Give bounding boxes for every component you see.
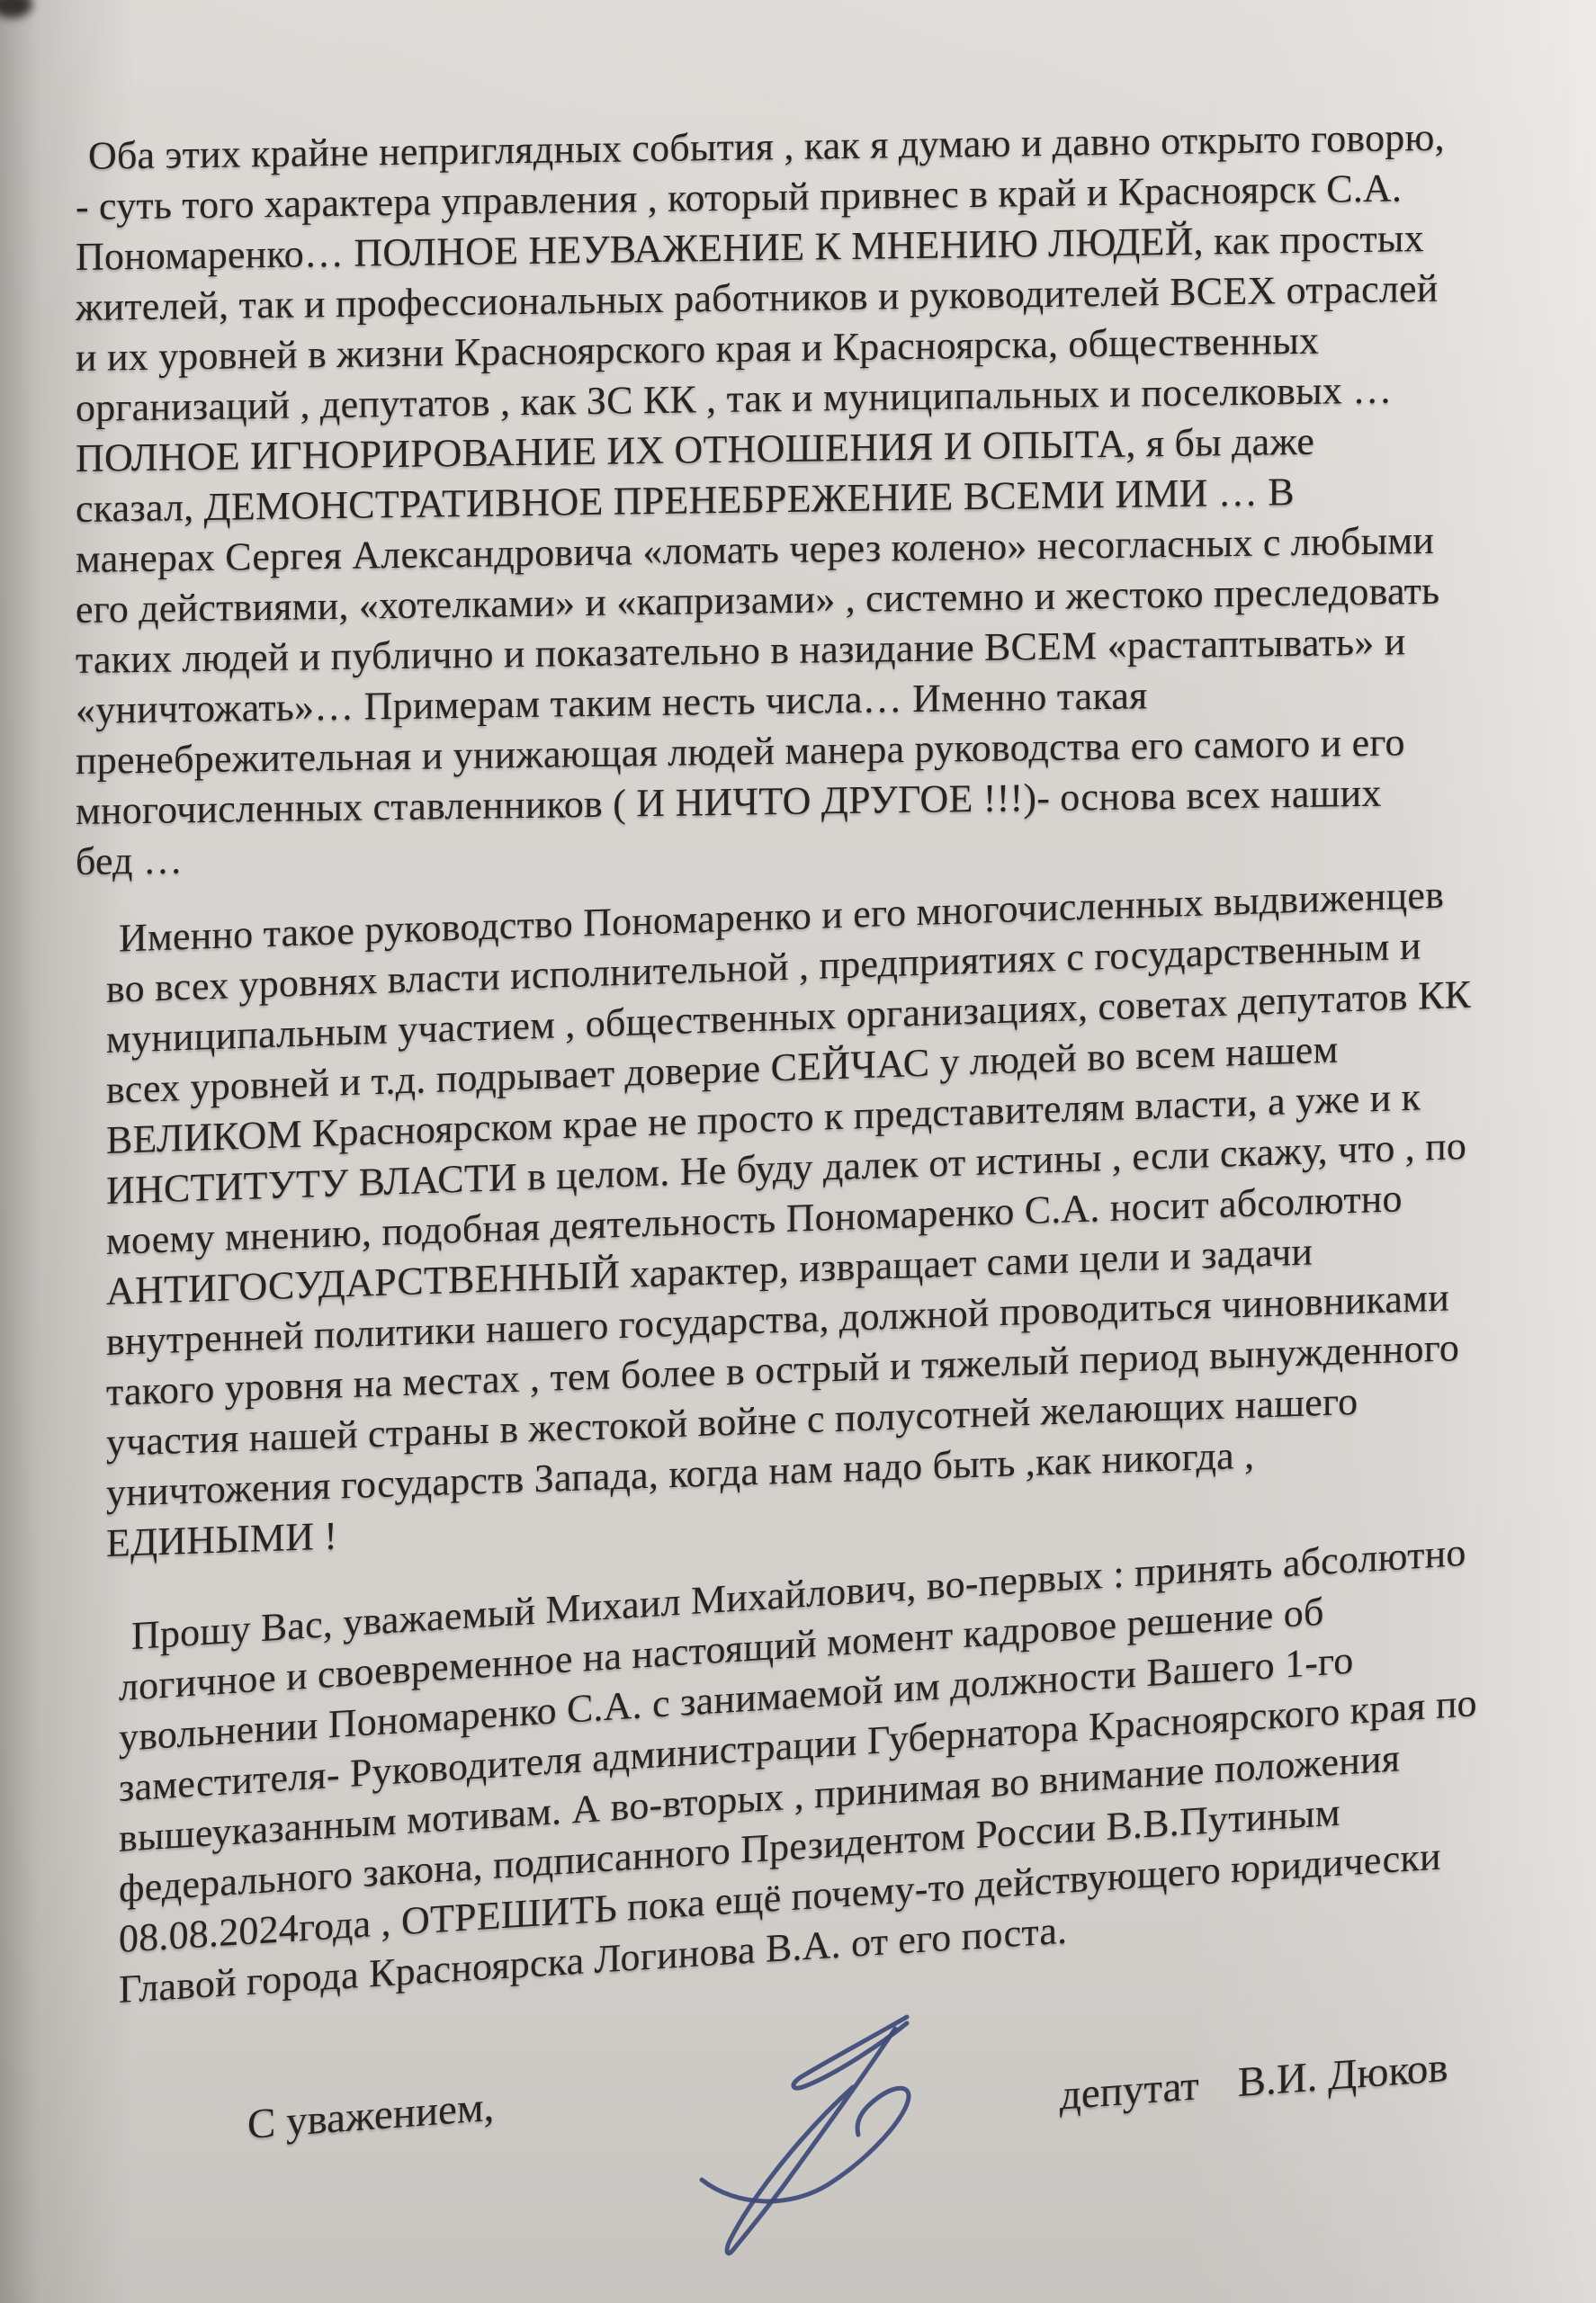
signoff-role: депутат	[1060, 2061, 1199, 2119]
signoff-name: В.И. Дюков	[1238, 2043, 1448, 2107]
closing-salutation: С уважением,	[247, 2083, 494, 2149]
paragraph-3: Прошу Вас, уважаемый Михаил Михайлович, …	[119, 1519, 1596, 2015]
letter-body: Оба этих крайне неприглядных события , к…	[0, 0, 1596, 2290]
signoff: депутат В.И. Дюков	[1060, 2043, 1448, 2120]
letter-photo: Оба этих крайне неприглядных события , к…	[0, 0, 1596, 2303]
paragraph-1: Оба этих крайне неприглядных события , к…	[76, 110, 1596, 887]
signature-ink-icon	[682, 2002, 920, 2272]
paragraph-2: Именно такое руководство Пономаренко и е…	[106, 865, 1596, 1569]
